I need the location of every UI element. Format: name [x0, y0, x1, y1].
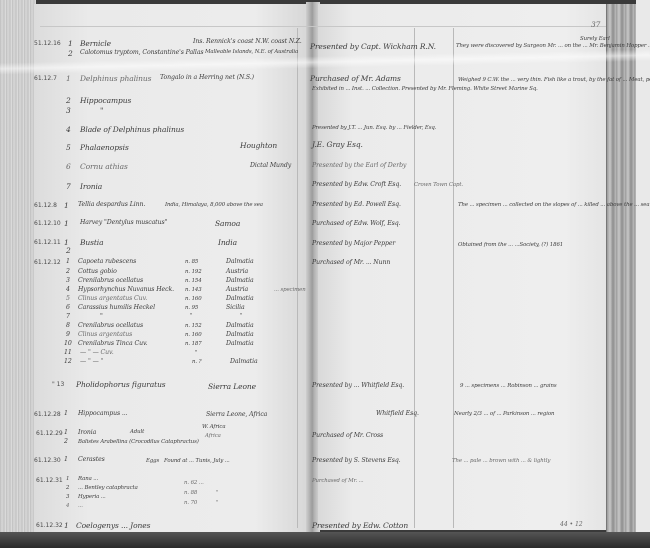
specimen-name: ...: [78, 503, 83, 509]
specimen-locality: W. Africa: [202, 424, 225, 430]
page-number: 37: [591, 20, 600, 29]
register-number: 61.12.11: [34, 239, 61, 246]
specimen-name: Cottus gobio: [78, 268, 117, 275]
item-number: 5: [66, 295, 70, 302]
specimen-locality: Dalmatia: [226, 277, 254, 284]
specimen-source: Presented by Edw. Croft Esq.: [312, 181, 401, 188]
specimen-name: Blade of Delphinus phalinus: [80, 125, 184, 134]
specimen-notes: 9 ... specimens ... Robinson ... grains: [460, 383, 557, 389]
item-number: 1: [66, 476, 69, 482]
specimen-name: Hippocampus ...: [78, 410, 128, 417]
specimen-name: Crenilabrus Tinca Cuv.: [78, 340, 148, 347]
column-rule-notes: [453, 28, 454, 528]
item-number: 1: [64, 219, 69, 228]
specimen-locality: Malleable Islands, N.E. of Australia: [205, 49, 298, 55]
specimen-name: Delphinus phalinus: [80, 74, 151, 83]
specimen-ref: n. ?: [192, 359, 201, 365]
specimen-source: Presented by ... Whitfield Esq.: [312, 382, 404, 389]
specimen-notes: Surely Earl: [580, 36, 610, 42]
specimen-locality: Houghton: [240, 141, 277, 150]
item-number: 5: [66, 143, 71, 152]
ledger-book: 37 51.12.16 1 Bernicle Ins. Rennick's co…: [0, 0, 650, 548]
specimen-name: Tellia despardus Linn.: [78, 201, 145, 208]
item-number: 11: [64, 349, 72, 356]
specimen-source: Presented by Ed. Powell Esq.: [312, 201, 401, 208]
item-number: 6: [66, 304, 70, 311]
specimen-name: Phalaenopsis: [80, 143, 129, 152]
ditto-mark: ": [100, 106, 103, 115]
item-number: 2: [66, 96, 71, 105]
specimen-name: Calotomus tryptom, Constantine's Pallas: [80, 49, 203, 56]
specimen-name: Capoeta rubescens: [78, 258, 136, 265]
specimen-ref: n. 154: [185, 278, 202, 284]
left-page-stack-edge: [0, 0, 36, 540]
specimen-source: Purchased of Mr. ... Nunn: [312, 259, 390, 266]
specimen-name: Coelogenys ... Jones: [76, 521, 150, 530]
specimen-name: — " — Cuv.: [80, 349, 114, 356]
item-number: 8: [66, 322, 70, 329]
item-number: 1: [64, 429, 68, 436]
specimen-notes: Crown Town Capt.: [414, 182, 463, 188]
specimen-ref: n. 85: [185, 259, 198, 265]
specimen-name: Hypsorhynchus Nuvanus Heck.: [78, 286, 174, 293]
item-number: 1: [64, 201, 69, 210]
specimen-source: Presented by S. Stevens Esq.: [312, 457, 401, 464]
specimen-source: Presented by Major Pepper: [312, 240, 395, 247]
specimen-locality: Africa: [205, 433, 221, 439]
item-number: 2: [64, 438, 68, 445]
register-number: 61.12.30: [34, 457, 61, 464]
specimen-source: Exhibited in ... Inst. ... Collection. P…: [312, 86, 538, 92]
specimen-name: Harvey "Dentylus muscatus": [80, 219, 167, 226]
specimen-locality: Sicilia: [226, 304, 245, 311]
item-number: 7: [66, 313, 70, 320]
specimen-source: Presented by the Earl of Derby: [312, 162, 406, 169]
ditto-mark: ": [100, 313, 103, 320]
specimen-source: Purchased of Mr. Adams: [310, 74, 401, 83]
item-number: 1: [66, 258, 70, 265]
specimen-notes: The ... specimen ... collected on the sl…: [458, 202, 649, 208]
specimen-ref: n. 152: [185, 323, 202, 329]
specimen-notes: Nearly 2/3 ... of ... Parkinson ... regi…: [454, 411, 554, 417]
column-rule-source: [414, 28, 415, 528]
specimen-ref: n. 187: [185, 341, 202, 347]
item-number: 7: [66, 182, 71, 191]
specimen-ref: n. 88: [184, 490, 197, 496]
item-number: 9: [66, 331, 70, 338]
ditto-mark: ": [216, 500, 218, 506]
left-page: [34, 4, 310, 534]
specimen-name: Ironia: [78, 429, 96, 436]
register-number: 61.12.28: [34, 411, 61, 418]
column-rule-locality: [297, 28, 298, 528]
specimen-source: Purchased of Mr. Cross: [312, 432, 383, 439]
specimen-name: Balistes Arabellina (Crocodilus Cataphra…: [78, 439, 199, 445]
item-number: 4: [66, 125, 71, 134]
specimen-ref: n. 160: [185, 332, 202, 338]
specimen-locality: Tongalo in a Herring net (N.S.): [160, 74, 254, 81]
specimen-locality: Sierra Leone: [208, 382, 256, 391]
item-number: 4: [66, 503, 69, 509]
specimen-name: Cornu athias: [80, 162, 128, 171]
item-number: 1: [64, 456, 68, 463]
register-number: 51.12.16: [34, 40, 61, 47]
right-page-stack-edge: [606, 4, 637, 534]
register-number: 61.12.7: [34, 75, 57, 82]
specimen-source: Purchased of Mr. ...: [312, 478, 364, 484]
specimen-locality: Dictal Mundy: [250, 162, 291, 169]
specimen-name: Ironia: [80, 182, 102, 191]
item-number: 1: [68, 39, 73, 48]
specimen-locality: Dalmatia: [226, 295, 254, 302]
specimen-name: Bustia: [80, 238, 103, 247]
item-number: 3: [66, 277, 70, 284]
specimen-ref: n. 160: [185, 296, 202, 302]
specimen-notes: ... specimen: [274, 287, 306, 293]
register-number: 61.12.10: [34, 220, 61, 227]
specimen-locality: Austria: [226, 268, 248, 275]
specimen-ref: n. 192: [185, 269, 202, 275]
specimen-locality: Dalmatia: [230, 358, 258, 365]
register-number: 61.12.12: [34, 259, 61, 266]
item-number: 2: [66, 246, 71, 255]
specimen-ref: n. 62 ...: [184, 480, 204, 486]
item-number: 2: [68, 49, 73, 58]
register-number: 61.12.31: [36, 477, 63, 484]
item-number: 6: [66, 162, 71, 171]
specimen-notes: Weighed 9 C.W. the ... very thin. Fish l…: [458, 77, 650, 83]
item-number: 1: [64, 410, 68, 417]
specimen-source: Presented by J.T. ... Jun. Esq. by ... F…: [312, 125, 436, 131]
specimen-notes: Obtained from the ... ...Society, (?) 18…: [458, 242, 563, 248]
specimen-name: Crenilabrus ocellatus: [78, 322, 143, 329]
item-number: 4: [66, 286, 70, 293]
register-number: " 13: [52, 381, 64, 388]
specimen-name: Pholidophorus figuratus: [76, 380, 166, 389]
specimen-locality: Austria: [226, 286, 248, 293]
specimen-ref: Adult: [130, 429, 144, 435]
register-number: 61.12.8: [34, 202, 57, 209]
item-number: 1: [64, 521, 69, 530]
item-number: 3: [66, 106, 71, 115]
item-number: 1: [66, 74, 71, 83]
footer-mark: 44 • 12: [560, 521, 583, 528]
specimen-name: Crenilabrus ocellatus: [78, 277, 143, 284]
specimen-locality: Samoa: [215, 219, 240, 228]
specimen-locality: Dalmatia: [226, 258, 254, 265]
item-number: 12: [64, 358, 72, 365]
specimen-locality: Ins. Rennick's coast N.W. coast N.Z.: [193, 38, 302, 45]
specimen-ref: n. 95: [185, 305, 198, 311]
item-number: 2: [66, 485, 69, 491]
ditto-mark: ": [190, 313, 192, 319]
specimen-notes: They were discovered by Surgeon Mr. ... …: [456, 43, 650, 49]
specimen-ref: Eggs: [146, 458, 159, 464]
specimen-source: Whitfield Esq.: [376, 410, 419, 417]
specimen-locality: Dalmatia: [226, 331, 254, 338]
specimen-name: Hippocampus: [80, 96, 131, 105]
specimen-name: Hyperia ...: [78, 494, 106, 500]
specimen-name: ... Bentley cataphracta: [78, 485, 138, 491]
ditto-mark: ": [216, 490, 218, 496]
specimen-name: Clinus argentatus: [78, 331, 132, 338]
top-ruling: [40, 26, 606, 27]
item-number: 10: [64, 340, 72, 347]
specimen-name: Clinus argentatus Cuv.: [78, 295, 147, 302]
specimen-locality: Sierra Leone, Africa: [206, 411, 267, 418]
specimen-ref: n. 70: [184, 500, 197, 506]
specimen-locality: India, Himalaya, 8,000 above the sea: [165, 202, 263, 208]
specimen-source: Presented by Edw. Cotton: [312, 521, 408, 530]
specimen-name: Cerastes: [78, 456, 105, 463]
specimen-locality: Found at ... Tunis, July ...: [164, 458, 230, 464]
ditto-mark: ": [240, 313, 242, 319]
specimen-locality: Dalmatia: [226, 340, 254, 347]
table-shadow: [0, 532, 650, 548]
item-number: 2: [66, 268, 70, 275]
specimen-name: Carassius humilis Heckel: [78, 304, 155, 311]
specimen-source: Purchased of Edw. Wolf, Esq.: [312, 220, 400, 227]
specimen-name: Rana ...: [78, 476, 98, 482]
specimen-locality: India: [218, 238, 237, 247]
specimen-notes: The ... pale ... brown with ... & lightl…: [452, 458, 550, 464]
register-number: 61.12.29: [36, 430, 63, 437]
specimen-source: J.E. Gray Esq.: [312, 140, 363, 149]
ditto-mark: ": [195, 350, 197, 356]
specimen-source: Presented by Capt. Wickham R.N.: [310, 42, 436, 51]
specimen-name: — " — ": [80, 358, 103, 365]
specimen-ref: n. 143: [185, 287, 202, 293]
register-number: 61.12.32: [36, 522, 63, 529]
item-number: 3: [66, 494, 69, 500]
specimen-locality: Dalmatia: [226, 322, 254, 329]
specimen-name: Bernicle: [80, 39, 111, 48]
